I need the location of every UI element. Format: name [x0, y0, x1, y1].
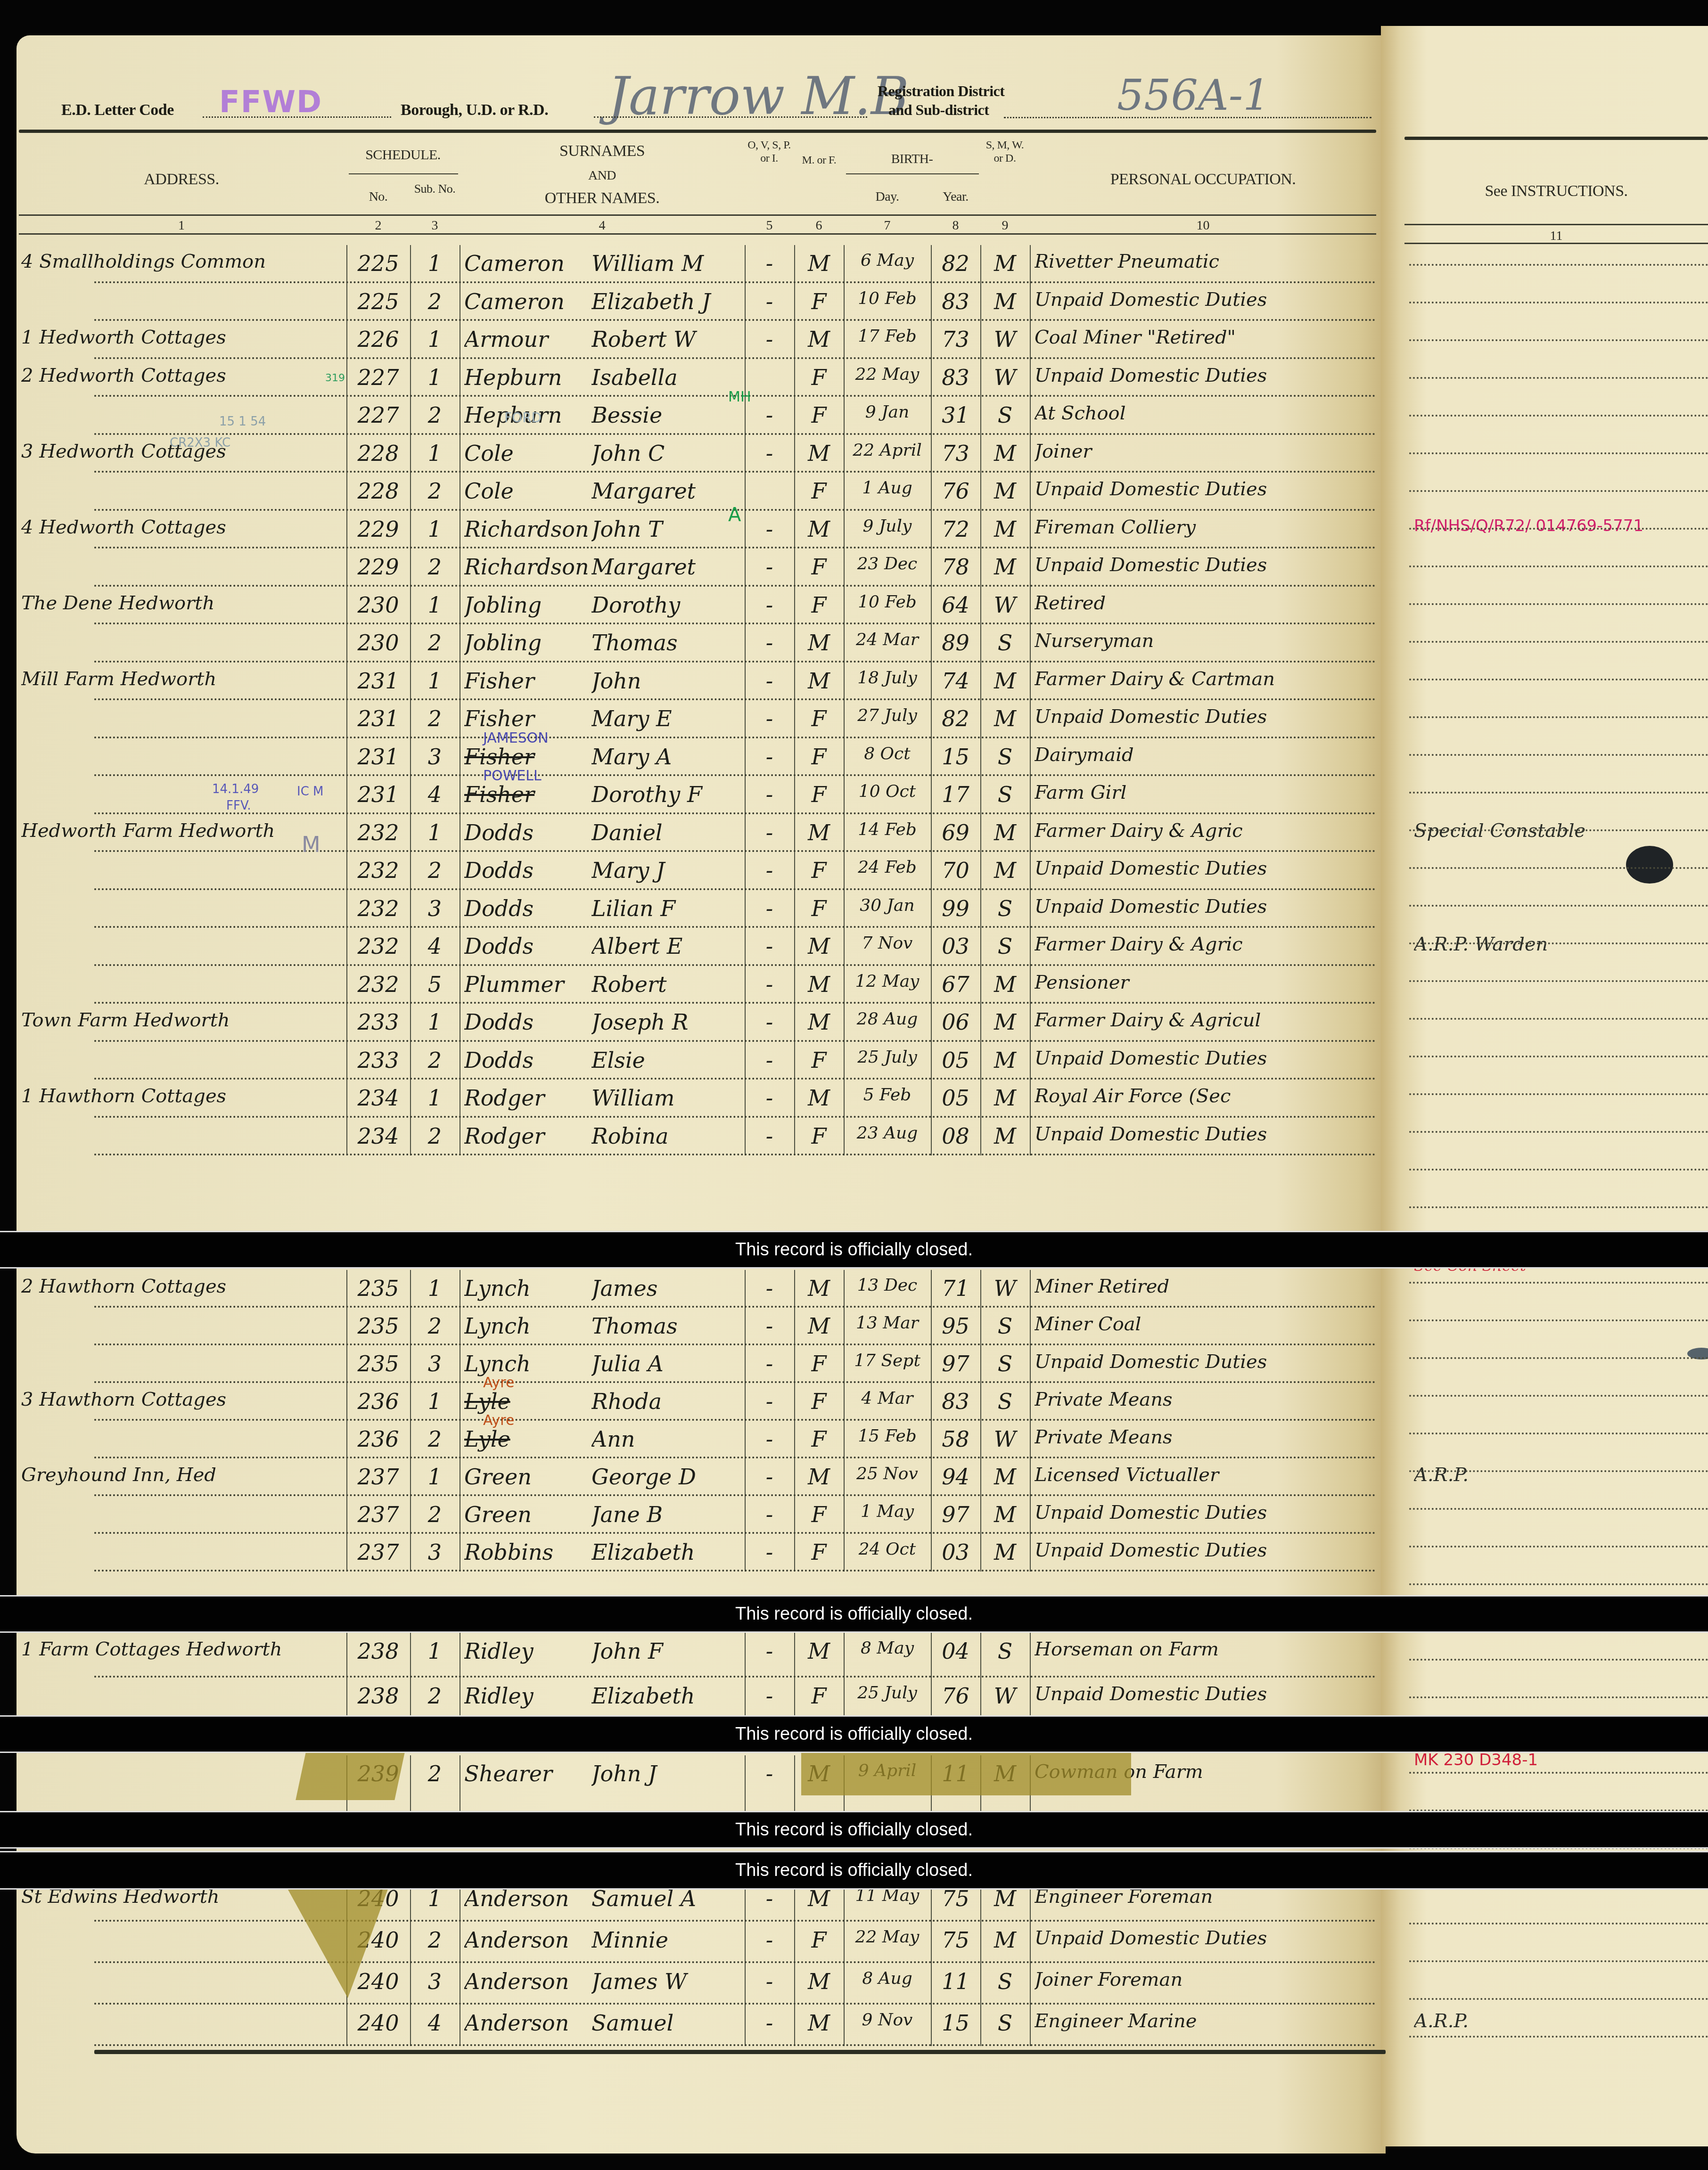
- right-row-rule: [1409, 716, 1708, 718]
- cell-forenames: Elizabeth J: [591, 289, 742, 322]
- cell-year: 75: [931, 1886, 980, 1923]
- cell-ovspi: -: [745, 820, 794, 853]
- cell-address: Mill Farm Hedworth: [21, 668, 344, 702]
- row-rule: [94, 1154, 1376, 1155]
- cell-forenames: Robert: [591, 972, 742, 1005]
- cell-sex: F: [794, 744, 844, 778]
- cell-no: 228: [346, 478, 410, 512]
- right-row-rule: [1409, 415, 1708, 417]
- cell-occupation: Farm Girl: [1035, 782, 1376, 815]
- cell-occupation: Unpaid Domestic Duties: [1035, 706, 1376, 739]
- cell-ovspi: -: [745, 402, 794, 436]
- cell-sub: 2: [410, 630, 460, 663]
- column-divider: [460, 1880, 460, 2046]
- cell-forenames: William: [591, 1085, 742, 1119]
- row-rule: [94, 888, 1376, 890]
- cell-smwd: W: [980, 1276, 1030, 1309]
- cell-forenames: Isabella: [591, 365, 742, 398]
- closed-record-notice: This record is officially closed.: [735, 1604, 973, 1624]
- cell-ovspi: -: [745, 896, 794, 929]
- cell-sub: 2: [410, 858, 460, 891]
- closed-record-notice: This record is officially closed.: [735, 1240, 973, 1260]
- cell-occupation: Unpaid Domestic Duties: [1035, 896, 1376, 929]
- cell-day: 9 Jan: [844, 402, 931, 436]
- cell-year: 71: [931, 1276, 980, 1309]
- cell-occupation: Private Means: [1035, 1389, 1376, 1422]
- cell-year: 15: [931, 2010, 980, 2047]
- row-rule: [94, 281, 1376, 283]
- cell-sub: 1: [410, 327, 460, 360]
- cell-occupation: Unpaid Domestic Duties: [1035, 478, 1376, 512]
- cell-surname: Dodds: [464, 1009, 591, 1043]
- row-rule: [94, 737, 1376, 738]
- cell-day: 6 May: [844, 251, 931, 284]
- bottom-rule: [94, 2050, 1386, 2054]
- cell-occupation: Rivetter Pneumatic: [1035, 251, 1376, 284]
- cell-no: 232: [346, 896, 410, 929]
- cell-surname: Cole: [464, 478, 591, 512]
- col-names-3: OTHER NAMES.: [460, 188, 745, 209]
- cell-ovspi: -: [745, 251, 794, 284]
- cell-surname: Lynch: [464, 1313, 591, 1346]
- ed-letter-code-label: E.D. Letter Code: [61, 101, 174, 119]
- cell-year: 82: [931, 706, 980, 739]
- cell-year: 04: [931, 1638, 980, 1679]
- cell-forenames: George D: [591, 1464, 742, 1497]
- ed-code-dots: [203, 116, 391, 118]
- cell-year: 03: [931, 1539, 980, 1572]
- cell-occupation: Miner Coal: [1035, 1313, 1376, 1346]
- cell-forenames: Albert E: [591, 934, 742, 967]
- cell-ovspi: -: [745, 554, 794, 588]
- right-row-rule: [1409, 1395, 1708, 1397]
- cell-sub: 4: [410, 782, 460, 815]
- cell-year: 99: [931, 896, 980, 929]
- cell-day: 23 Aug: [844, 1123, 931, 1157]
- cell-sub: 2: [410, 478, 460, 512]
- cell-year: 95: [931, 1313, 980, 1346]
- cell-year: 67: [931, 972, 980, 1005]
- right-row-rule: [1409, 867, 1708, 869]
- cell-sex: M: [794, 327, 844, 360]
- cell-ovspi: -: [745, 1389, 794, 1422]
- right-row-rule: [1409, 1433, 1708, 1434]
- cell-sub: 4: [410, 934, 460, 967]
- cell-year: 70: [931, 858, 980, 891]
- cell-address: 4 Smallholdings Common: [21, 251, 344, 284]
- right-row-rule: [1409, 377, 1708, 379]
- birth-split: [846, 173, 979, 174]
- right-row-rule: [1409, 1018, 1708, 1020]
- cell-year: 83: [931, 1389, 980, 1422]
- cell-year: 08: [931, 1123, 980, 1157]
- cell-surname: Lynch: [464, 1276, 591, 1309]
- cell-col11: Special Constable: [1414, 820, 1708, 853]
- cell-no: 231: [346, 744, 410, 778]
- cell-smwd: M: [980, 1927, 1030, 1964]
- row-rule: [94, 622, 1376, 624]
- cell-no: 231: [346, 668, 410, 702]
- cell-forenames: Lilian F: [591, 896, 742, 929]
- right-row-rule: [1409, 1357, 1708, 1359]
- cell-forenames: Ann: [591, 1426, 742, 1459]
- cell-sex: F: [794, 592, 844, 626]
- cell-sub: 2: [410, 1426, 460, 1459]
- right-row-rule: [1409, 1056, 1708, 1057]
- cell-day: 27 July: [844, 706, 931, 739]
- cell-sub: 2: [410, 1761, 460, 1818]
- cell-address: The Dene Hedworth: [21, 592, 344, 626]
- cell-surname: Anderson: [464, 1969, 591, 2006]
- cell-day: 13 Dec: [844, 1276, 931, 1309]
- cell-day: 1 May: [844, 1502, 931, 1535]
- cell-forenames: Thomas: [591, 630, 742, 663]
- cell-forenames: Robert W: [591, 327, 742, 360]
- cell-ovspi: -: [745, 289, 794, 322]
- cell-sub: 2: [410, 1927, 460, 1964]
- cell-no: 231: [346, 706, 410, 739]
- annotation-cole: A: [728, 504, 741, 526]
- row-rule: [94, 1078, 1376, 1080]
- cell-sex: F: [794, 782, 844, 815]
- borough-label: Borough, U.D. or R.D.: [401, 101, 548, 119]
- cell-smwd: M: [980, 1539, 1030, 1572]
- row-rule: [94, 698, 1376, 700]
- column-divider: [460, 1270, 460, 1572]
- cell-smwd: M: [980, 668, 1030, 702]
- cell-day: 11 May: [844, 1886, 931, 1923]
- registration-value: 556A-1: [1117, 71, 1270, 120]
- cell-sub: 1: [410, 1389, 460, 1422]
- cell-sub: 3: [410, 896, 460, 929]
- cell-sex: M: [794, 934, 844, 967]
- cell-sex: F: [794, 365, 844, 398]
- cell-year: 05: [931, 1048, 980, 1081]
- colnum-bottom-rule: [19, 233, 1376, 235]
- row-rule: [94, 850, 1376, 852]
- cell-sub: 2: [410, 402, 460, 436]
- cell-surname: Fisher: [464, 668, 591, 702]
- cell-no: 230: [346, 592, 410, 626]
- cell-year: 73: [931, 441, 980, 474]
- cell-ovspi: -: [745, 441, 794, 474]
- cell-day: 17 Feb: [844, 327, 931, 360]
- row-rule: [94, 1961, 1376, 1963]
- row-rule: [94, 1920, 1376, 1922]
- col-birth-year: Year.: [931, 188, 980, 205]
- cell-surname: Green: [464, 1502, 591, 1535]
- cell-sex: M: [794, 1464, 844, 1497]
- cell-sub: 1: [410, 820, 460, 853]
- cell-sex: F: [794, 1426, 844, 1459]
- cell-day: 8 Aug: [844, 1969, 931, 2006]
- row-rule: [94, 812, 1376, 814]
- column-divider: [1030, 1880, 1031, 2046]
- cell-day: 5 Feb: [844, 1085, 931, 1119]
- cell-ovspi: -: [745, 1426, 794, 1459]
- row-rule: [94, 964, 1376, 966]
- right-row-rule: [1409, 2036, 1708, 2038]
- right-row-rule: [1409, 603, 1708, 605]
- right-row-rule: [1409, 1206, 1708, 1208]
- cell-surname: Robbins: [464, 1539, 591, 1572]
- cell-ovspi: -: [745, 1123, 794, 1157]
- cell-year: 78: [931, 554, 980, 588]
- colnum-6: 6: [794, 218, 844, 233]
- cell-forenames: Mary J: [591, 858, 742, 891]
- cell-ovspi: -: [745, 706, 794, 739]
- cell-forenames: Bessie: [591, 402, 742, 436]
- cell-day: 12 May: [844, 972, 931, 1005]
- cell-smwd: M: [980, 554, 1030, 588]
- cell-address: 2 Hedworth Cottages: [21, 365, 344, 398]
- right-row-rule: [1409, 679, 1708, 680]
- cell-forenames: Julia A: [591, 1351, 742, 1384]
- cell-no: 225: [346, 251, 410, 284]
- cell-year: 15: [931, 744, 980, 778]
- cell-occupation: Coal Miner "Retired": [1035, 327, 1376, 360]
- cell-occupation: Unpaid Domestic Duties: [1035, 1123, 1376, 1157]
- cell-sub: 1: [410, 1085, 460, 1119]
- right-row-rule: [1409, 1696, 1708, 1698]
- cell-year: 94: [931, 1464, 980, 1497]
- cell-smwd: M: [980, 706, 1030, 739]
- cell-address: 4 Hedworth Cottages: [21, 516, 344, 550]
- cell-surname: Richardson: [464, 554, 591, 588]
- colnum-11: 11: [1404, 229, 1708, 244]
- right-row-rule: [1409, 754, 1708, 756]
- row-rule: [94, 1494, 1376, 1496]
- cell-ovspi: -: [745, 1539, 794, 1572]
- borough-dots: [594, 116, 867, 118]
- cell-year: 72: [931, 516, 980, 550]
- cell-year: 76: [931, 478, 980, 512]
- cell-day: 22 April: [844, 441, 931, 474]
- cell-sex: M: [794, 441, 844, 474]
- cell-forenames: John T: [591, 516, 742, 550]
- cell-day: 8 Oct: [844, 744, 931, 778]
- cell-forenames: Margaret: [591, 478, 742, 512]
- cell-no: 227: [346, 365, 410, 398]
- cell-smwd: M: [980, 858, 1030, 891]
- cell-ovspi: -: [745, 327, 794, 360]
- cell-ovspi: -: [745, 1638, 794, 1679]
- cell-forenames: Dorothy: [591, 592, 742, 626]
- cell-sex: M: [794, 1009, 844, 1043]
- right-header-bottom-rule: [1404, 224, 1708, 225]
- cell-occupation: Farmer Dairy & Cartman: [1035, 668, 1376, 702]
- cell-sub: 1: [410, 1464, 460, 1497]
- cell-occupation: Farmer Dairy & Agric: [1035, 820, 1376, 853]
- cell-occupation: Licensed Victualler: [1035, 1464, 1376, 1497]
- cell-sex: F: [794, 1351, 844, 1384]
- right-row-rule: [1409, 302, 1708, 303]
- cell-ovspi: -: [745, 1502, 794, 1535]
- col-birth-day: Day.: [844, 188, 931, 205]
- cell-occupation: At School: [1035, 402, 1376, 436]
- annotation-mh: MH: [728, 389, 751, 405]
- cell-forenames: Daniel: [591, 820, 742, 853]
- cell-col11: MK 230 D348-1: [1414, 1751, 1708, 1807]
- cell-forenames: Minnie: [591, 1927, 742, 1964]
- right-row-rule: [1409, 1319, 1708, 1321]
- cell-occupation: Nurseryman: [1035, 630, 1376, 663]
- right-row-rule: [1409, 1998, 1708, 2000]
- row-rule: [94, 661, 1376, 663]
- cell-sex: F: [794, 554, 844, 588]
- cell-ovspi: -: [745, 2010, 794, 2047]
- row-rule: [94, 1306, 1376, 1308]
- right-row-rule: [1409, 1546, 1708, 1548]
- column-divider: [460, 1755, 460, 1817]
- right-row-rule: [1409, 1282, 1708, 1284]
- cell-no: 237: [346, 1464, 410, 1497]
- cell-occupation: Miner Retired: [1035, 1276, 1376, 1309]
- cell-sub: 5: [410, 972, 460, 1005]
- cell-day: 24 Oct: [844, 1539, 931, 1572]
- row-rule: [94, 1419, 1376, 1421]
- cell-day: 30 Jan: [844, 896, 931, 929]
- cell-ovspi: -: [745, 1927, 794, 1964]
- column-divider: [460, 1633, 460, 1722]
- closed-record-bar: This record is officially closed.: [0, 1715, 1708, 1753]
- cell-no: 230: [346, 630, 410, 663]
- right-row-rule: [1409, 565, 1708, 567]
- cell-sub: 2: [410, 1502, 460, 1535]
- cell-sex: F: [794, 1389, 844, 1422]
- cell-day: 28 Aug: [844, 1009, 931, 1043]
- cell-no: 234: [346, 1085, 410, 1119]
- row-rule: [94, 774, 1376, 776]
- cell-occupation: Unpaid Domestic Duties: [1035, 1048, 1376, 1081]
- cell-no: 226: [346, 327, 410, 360]
- cell-occupation: Fireman Colliery: [1035, 516, 1376, 550]
- right-row-rule: [1409, 1169, 1708, 1171]
- tape-patch: [801, 1751, 1131, 1795]
- cell-sex: M: [794, 1276, 844, 1309]
- cell-smwd: S: [980, 744, 1030, 778]
- cell-surname: Cameron: [464, 289, 591, 322]
- cell-sex: M: [794, 1969, 844, 2006]
- cell-address: Hedworth Farm Hedworth: [21, 820, 344, 853]
- cell-no: 233: [346, 1048, 410, 1081]
- cell-ovspi: -: [745, 1886, 794, 1923]
- cell-ovspi: -: [745, 858, 794, 891]
- surname-correction: Ayre: [483, 1412, 514, 1429]
- cell-ovspi: -: [745, 1969, 794, 2006]
- cell-occupation: Engineer Foreman: [1035, 1886, 1376, 1923]
- cell-day: 25 Nov: [844, 1464, 931, 1497]
- right-row-rule: [1409, 641, 1708, 643]
- cell-sex: M: [794, 251, 844, 284]
- cell-surname: Anderson: [464, 2010, 591, 2047]
- col-ovspi: O, V, S, P. or I.: [746, 139, 793, 165]
- cell-no: 228: [346, 441, 410, 474]
- cell-sex: M: [794, 630, 844, 663]
- cell-no: 232: [346, 972, 410, 1005]
- cell-surname: Anderson: [464, 1886, 591, 1923]
- colnum-4: 4: [460, 218, 745, 233]
- cell-no: 236: [346, 1426, 410, 1459]
- cell-sex: M: [794, 668, 844, 702]
- cell-smwd: M: [980, 1085, 1030, 1119]
- cell-year: 05: [931, 1085, 980, 1119]
- right-row-rule: [1409, 339, 1708, 341]
- cell-smwd: S: [980, 896, 1030, 929]
- cell-sub: 1: [410, 1009, 460, 1043]
- cell-address: 1 Hawthorn Cottages: [21, 1085, 344, 1119]
- cell-sex: F: [794, 1539, 844, 1572]
- cell-day: 14 Feb: [844, 820, 931, 853]
- cell-year: 82: [931, 251, 980, 284]
- cell-ovspi: -: [745, 744, 794, 778]
- row-rule: [94, 585, 1376, 587]
- cell-occupation: Joiner: [1035, 441, 1376, 474]
- cell-ovspi: -: [745, 630, 794, 663]
- cell-ovspi: -: [745, 1761, 794, 1818]
- cell-sub: 4: [410, 2010, 460, 2047]
- cell-smwd: M: [980, 441, 1030, 474]
- cell-forenames: Samuel: [591, 2010, 742, 2047]
- col-schedule-no: No.: [346, 188, 410, 205]
- cell-smwd: M: [980, 478, 1030, 512]
- cell-forenames: James: [591, 1276, 742, 1309]
- row-rule: [94, 1570, 1376, 1572]
- cell-no: 229: [346, 554, 410, 588]
- annotation-fisher-ic: IC M: [297, 785, 324, 799]
- cell-sub: 3: [410, 1969, 460, 2006]
- cell-day: 24 Feb: [844, 858, 931, 891]
- cell-year: 83: [931, 289, 980, 322]
- cell-sex: F: [794, 1048, 844, 1081]
- cell-no: 232: [346, 820, 410, 853]
- cell-forenames: Thomas: [591, 1313, 742, 1346]
- cell-col11: A.R.P. Warden: [1414, 934, 1708, 967]
- row-rule: [94, 1343, 1376, 1345]
- cell-occupation: Engineer Marine: [1035, 2010, 1376, 2047]
- row-rule: [94, 2044, 1376, 2046]
- row-rule: [94, 1116, 1376, 1118]
- cell-occupation: Royal Air Force (Sec: [1035, 1085, 1376, 1119]
- row-rule: [94, 1002, 1376, 1004]
- cell-smwd: M: [980, 251, 1030, 284]
- cell-occupation: Farmer Dairy & Agricul: [1035, 1009, 1376, 1043]
- row-rule: [94, 319, 1376, 321]
- cell-year: 75: [931, 1927, 980, 1964]
- cell-year: 03: [931, 934, 980, 967]
- ink-blot: [1626, 846, 1673, 884]
- surname-correction: POWELL: [483, 768, 542, 784]
- cell-occupation: Retired: [1035, 592, 1376, 626]
- right-row-rule: [1409, 1960, 1708, 1962]
- cell-no: 231: [346, 782, 410, 815]
- cell-sub: 2: [410, 1048, 460, 1081]
- cell-forenames: James W: [591, 1969, 742, 2006]
- annotation-ref: 319: [325, 372, 345, 384]
- cell-smwd: S: [980, 630, 1030, 663]
- registration-label-1: Registration District: [878, 82, 1004, 100]
- cell-occupation: Private Means: [1035, 1426, 1376, 1459]
- cell-surname: Lyle: [464, 1426, 591, 1459]
- right-row-rule: [1409, 1093, 1708, 1095]
- cell-no: 236: [346, 1389, 410, 1422]
- surname-correction: JAMESON: [483, 730, 549, 746]
- annotation-fisher-ffv: FFV.: [226, 799, 251, 813]
- cell-sex: M: [794, 1638, 844, 1679]
- cell-sex: F: [794, 289, 844, 322]
- row-rule: [94, 1532, 1376, 1534]
- cell-occupation: Unpaid Domestic Duties: [1035, 1351, 1376, 1384]
